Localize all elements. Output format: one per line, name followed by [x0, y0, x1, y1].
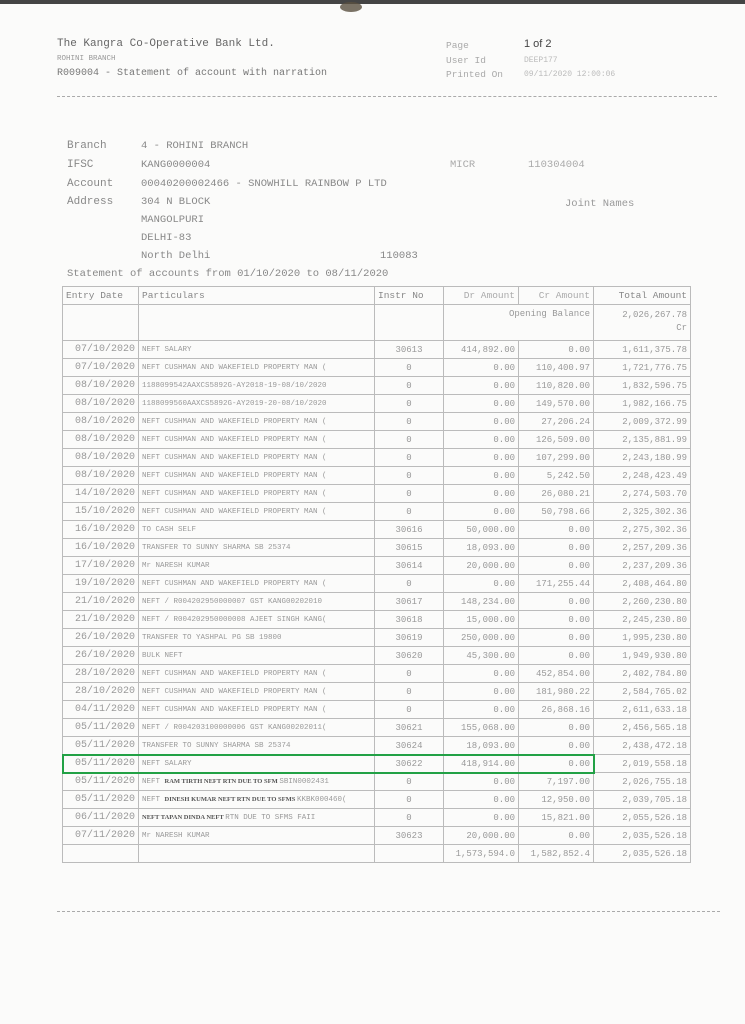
cr-amount: 5,242.50 [519, 467, 594, 485]
dr-amount: 148,234.00 [444, 593, 519, 611]
totals-blank [375, 845, 444, 863]
cr-amount: 0.00 [519, 341, 594, 359]
instr-no: 0 [375, 575, 444, 593]
dr-amount: 0.00 [444, 467, 519, 485]
cr-amount: 452,854.00 [519, 665, 594, 683]
entry-date: 04/11/2020 [63, 701, 139, 719]
table-row: 15/10/2020NEFT CUSHMAN AND WAKEFIELD PRO… [63, 503, 691, 521]
cr-amount: 15,821.00 [519, 809, 594, 827]
col-total-amount: Total Amount [594, 287, 691, 305]
total-amount: 1,995,230.80 [594, 629, 691, 647]
branch-small: ROHINI BRANCH [57, 55, 116, 63]
total-amount: 2,257,209.36 [594, 539, 691, 557]
table-row: 05/11/2020NEFT DINESH KUMAR NEFT RTN DUE… [63, 791, 691, 809]
cr-amount: 0.00 [519, 557, 594, 575]
total-amount: 2,248,423.49 [594, 467, 691, 485]
table-row: 07/10/2020NEFT CUSHMAN AND WAKEFIELD PRO… [63, 359, 691, 377]
table-row: 14/10/2020NEFT CUSHMAN AND WAKEFIELD PRO… [63, 485, 691, 503]
cr-amount: 12,950.00 [519, 791, 594, 809]
total-amount: 2,274,503.70 [594, 485, 691, 503]
table-header-row: Entry Date Particulars Instr No Dr Amoun… [63, 287, 691, 305]
instr-no: 30613 [375, 341, 444, 359]
instr-no: 0 [375, 773, 444, 791]
entry-date: 15/10/2020 [63, 503, 139, 521]
micr-value: 110304004 [528, 159, 585, 171]
dr-amount: 0.00 [444, 377, 519, 395]
instr-no: 0 [375, 683, 444, 701]
entry-date: 14/10/2020 [63, 485, 139, 503]
dr-amount: 0.00 [444, 683, 519, 701]
address-line-1: 304 N BLOCK [141, 196, 210, 208]
cr-amount: 110,400.97 [519, 359, 594, 377]
cr-amount: 0.00 [519, 521, 594, 539]
table-row: 21/10/2020NEFT / R004202950000008 AJEET … [63, 611, 691, 629]
particulars: NEFT CUSHMAN AND WAKEFIELD PROPERTY MAN … [139, 485, 375, 503]
instr-no: 0 [375, 377, 444, 395]
instr-no: 30620 [375, 647, 444, 665]
dr-amount: 0.00 [444, 701, 519, 719]
instr-no: 30616 [375, 521, 444, 539]
table-row: 05/11/2020NEFT / R004203100000006 GST KA… [63, 719, 691, 737]
table-row: 16/10/2020TO CASH SELF3061650,000.000.00… [63, 521, 691, 539]
address-label: Address [67, 196, 113, 208]
particulars: NEFT TAPAN DINDA NEFT RTN DUE TO SFMS FA… [139, 809, 375, 827]
instr-no: 0 [375, 791, 444, 809]
total-amount: 2,237,209.36 [594, 557, 691, 575]
cr-amount: 27,206.24 [519, 413, 594, 431]
instr-no: 30618 [375, 611, 444, 629]
dr-amount: 45,300.00 [444, 647, 519, 665]
particulars: TRANSFER TO SUNNY SHARMA SB 25374 [139, 539, 375, 557]
particulars: Mr NARESH KUMAR [139, 557, 375, 575]
particulars: NEFT CUSHMAN AND WAKEFIELD PROPERTY MAN … [139, 683, 375, 701]
cr-amount: 149,570.00 [519, 395, 594, 413]
report-title: R009004 - Statement of account with narr… [57, 68, 327, 79]
dr-amount: 0.00 [444, 665, 519, 683]
opening-balance-label: Opening Balance [444, 305, 594, 341]
instr-no: 30624 [375, 737, 444, 755]
total-amount: 2,260,230.80 [594, 593, 691, 611]
dr-amount: 0.00 [444, 395, 519, 413]
instr-no: 30619 [375, 629, 444, 647]
table-row: 16/10/2020TRANSFER TO SUNNY SHARMA SB 25… [63, 539, 691, 557]
instr-no: 0 [375, 701, 444, 719]
entry-date: 16/10/2020 [63, 539, 139, 557]
entry-date: 05/11/2020 [63, 737, 139, 755]
total-amount: 1,832,596.75 [594, 377, 691, 395]
printed-on-value: 09/11/2020 12:00:06 [524, 70, 615, 79]
particulars: NEFT CUSHMAN AND WAKEFIELD PROPERTY MAN … [139, 575, 375, 593]
highlight-box [62, 754, 595, 774]
totals-blank [139, 845, 375, 863]
entry-date: 07/11/2020 [63, 827, 139, 845]
dr-amount: 0.00 [444, 809, 519, 827]
dr-amount: 155,068.00 [444, 719, 519, 737]
total-amount: 2,438,472.18 [594, 737, 691, 755]
dr-amount: 0.00 [444, 359, 519, 377]
cr-amount: 26,868.16 [519, 701, 594, 719]
particulars: NEFT CUSHMAN AND WAKEFIELD PROPERTY MAN … [139, 431, 375, 449]
table-row: 07/11/2020Mr NARESH KUMAR3062320,000.000… [63, 827, 691, 845]
cr-amount: 0.00 [519, 539, 594, 557]
table-row: 08/10/2020NEFT CUSHMAN AND WAKEFIELD PRO… [63, 449, 691, 467]
dr-amount: 0.00 [444, 503, 519, 521]
cr-amount: 110,820.00 [519, 377, 594, 395]
entry-date: 21/10/2020 [63, 611, 139, 629]
table-row: 05/11/2020NEFT RAM TIRTH NEFT RTN DUE TO… [63, 773, 691, 791]
cr-amount: 181,980.22 [519, 683, 594, 701]
cr-amount: 0.00 [519, 737, 594, 755]
opening-balance-row: Opening Balance 2,026,267.78Cr [63, 305, 691, 341]
cr-amount: 126,509.00 [519, 431, 594, 449]
opening-balance-value: 2,026,267.78Cr [594, 305, 691, 341]
particulars: NEFT / R004202950000007 GST KANG00202010 [139, 593, 375, 611]
micr-label: MICR [450, 159, 475, 171]
particulars: NEFT SALARY [139, 341, 375, 359]
table-row: 19/10/2020NEFT CUSHMAN AND WAKEFIELD PRO… [63, 575, 691, 593]
col-cr-amount: Cr Amount [519, 287, 594, 305]
total-amount: 1,949,930.80 [594, 647, 691, 665]
dr-amount: 0.00 [444, 791, 519, 809]
page-value: 1 of 2 [524, 38, 552, 50]
entry-date: 08/10/2020 [63, 467, 139, 485]
cr-amount: 0.00 [519, 593, 594, 611]
col-entry-date: Entry Date [63, 287, 139, 305]
address-line-2: MANGOLPURI [141, 214, 204, 226]
instr-no: 0 [375, 413, 444, 431]
statement-table: Entry Date Particulars Instr No Dr Amoun… [62, 286, 691, 863]
particulars: NEFT CUSHMAN AND WAKEFIELD PROPERTY MAN … [139, 665, 375, 683]
instr-no: 30623 [375, 827, 444, 845]
joint-names-label: Joint Names [565, 198, 634, 210]
cr-amount: 0.00 [519, 719, 594, 737]
branch-value: 4 - ROHINI BRANCH [141, 140, 248, 152]
instr-no: 30617 [375, 593, 444, 611]
entry-date: 05/11/2020 [63, 791, 139, 809]
entry-date: 05/11/2020 [63, 773, 139, 791]
particulars: NEFT / R004203100000006 GST KANG00202011… [139, 719, 375, 737]
cr-amount: 0.00 [519, 629, 594, 647]
totals-blank [63, 845, 139, 863]
user-id-value: DEEP177 [524, 56, 558, 65]
table-row: 08/10/20201188099542AAXCS5892G-AY2018-19… [63, 377, 691, 395]
total-amount: 2,456,565.18 [594, 719, 691, 737]
entry-date: 16/10/2020 [63, 521, 139, 539]
table-row: 04/11/2020NEFT CUSHMAN AND WAKEFIELD PRO… [63, 701, 691, 719]
pincode: 110083 [380, 250, 418, 262]
instr-no: 0 [375, 395, 444, 413]
total-cr: 1,582,852.4 [519, 845, 594, 863]
dr-amount: 20,000.00 [444, 557, 519, 575]
total-amount: 2,325,302.36 [594, 503, 691, 521]
dr-amount: 0.00 [444, 773, 519, 791]
table-row: 17/10/2020Mr NARESH KUMAR3061420,000.000… [63, 557, 691, 575]
entry-date: 07/10/2020 [63, 359, 139, 377]
particulars: NEFT CUSHMAN AND WAKEFIELD PROPERTY MAN … [139, 503, 375, 521]
total-amount: 2,611,633.18 [594, 701, 691, 719]
instr-no: 0 [375, 485, 444, 503]
dr-amount: 414,892.00 [444, 341, 519, 359]
entry-date: 05/11/2020 [63, 719, 139, 737]
table-row: 06/11/2020NEFT TAPAN DINDA NEFT RTN DUE … [63, 809, 691, 827]
dr-amount: 20,000.00 [444, 827, 519, 845]
total-amount: 2,039,705.18 [594, 791, 691, 809]
entry-date: 17/10/2020 [63, 557, 139, 575]
total-amount: 2,009,372.99 [594, 413, 691, 431]
cr-amount: 0.00 [519, 611, 594, 629]
total-amount: 1,721,776.75 [594, 359, 691, 377]
scan-top-edge [0, 0, 745, 4]
particulars: 1188099560AAXCS5892G-AY2019-20-08/10/202… [139, 395, 375, 413]
particulars: NEFT DINESH KUMAR NEFT RTN DUE TO SFMS K… [139, 791, 375, 809]
account-label: Account [67, 178, 113, 190]
particulars: NEFT RAM TIRTH NEFT RTN DUE TO SFM SBIN0… [139, 773, 375, 791]
total-amount: 2,019,558.18 [594, 755, 691, 773]
entry-date: 26/10/2020 [63, 647, 139, 665]
address-line-4: North Delhi [141, 250, 210, 262]
table-row: 08/10/2020NEFT CUSHMAN AND WAKEFIELD PRO… [63, 467, 691, 485]
instr-no: 0 [375, 467, 444, 485]
account-value: 00040200002466 - SNOWHILL RAINBOW P LTD [141, 178, 387, 190]
entry-date: 21/10/2020 [63, 593, 139, 611]
bank-name: The Kangra Co-Operative Bank Ltd. [57, 38, 275, 50]
total-amount: 2,135,881.99 [594, 431, 691, 449]
particulars: Mr NARESH KUMAR [139, 827, 375, 845]
instr-no: 0 [375, 359, 444, 377]
total-amount: 2,026,755.18 [594, 773, 691, 791]
entry-date: 07/10/2020 [63, 341, 139, 359]
dr-amount: 18,093.00 [444, 737, 519, 755]
col-particulars: Particulars [139, 287, 375, 305]
table-row: 08/10/2020NEFT CUSHMAN AND WAKEFIELD PRO… [63, 413, 691, 431]
cr-amount: 171,255.44 [519, 575, 594, 593]
total-amount: 1,982,166.75 [594, 395, 691, 413]
particulars: TO CASH SELF [139, 521, 375, 539]
total-amount: 2,275,302.36 [594, 521, 691, 539]
table-row: 05/11/2020TRANSFER TO SUNNY SHARMA SB 25… [63, 737, 691, 755]
statement-period: Statement of accounts from 01/10/2020 to… [67, 268, 388, 280]
table-row: 26/10/2020TRANSFER TO YASHPAL PG SB 1980… [63, 629, 691, 647]
page-label: Page [446, 40, 469, 51]
branch-label: Branch [67, 140, 107, 152]
total-amount: 2,035,526.18 [594, 827, 691, 845]
entry-date: 08/10/2020 [63, 395, 139, 413]
total-amount: 2,243,180.99 [594, 449, 691, 467]
entry-date: 08/10/2020 [63, 377, 139, 395]
total-amount: 2,055,526.18 [594, 809, 691, 827]
particulars: NEFT CUSHMAN AND WAKEFIELD PROPERTY MAN … [139, 701, 375, 719]
col-instr-no: Instr No [375, 287, 444, 305]
instr-no: 0 [375, 503, 444, 521]
table-row: 21/10/2020NEFT / R004202950000007 GST KA… [63, 593, 691, 611]
cr-amount: 50,798.66 [519, 503, 594, 521]
printed-on-label: Printed On [446, 69, 503, 80]
instr-no: 0 [375, 809, 444, 827]
total-amount: 2,245,230.80 [594, 611, 691, 629]
table-row: 26/10/2020BULK NEFT3062045,300.000.001,9… [63, 647, 691, 665]
instr-no: 30621 [375, 719, 444, 737]
entry-date: 08/10/2020 [63, 449, 139, 467]
footer-divider [57, 911, 720, 912]
entry-date: 28/10/2020 [63, 665, 139, 683]
entry-date: 08/10/2020 [63, 413, 139, 431]
scan-smudge [340, 2, 362, 12]
particulars: NEFT CUSHMAN AND WAKEFIELD PROPERTY MAN … [139, 359, 375, 377]
instr-no: 30614 [375, 557, 444, 575]
entry-date: 19/10/2020 [63, 575, 139, 593]
dr-amount: 0.00 [444, 575, 519, 593]
col-dr-amount: Dr Amount [444, 287, 519, 305]
table-row: 28/10/2020NEFT CUSHMAN AND WAKEFIELD PRO… [63, 665, 691, 683]
particulars: BULK NEFT [139, 647, 375, 665]
cr-amount: 0.00 [519, 647, 594, 665]
cr-amount: 0.00 [519, 827, 594, 845]
dr-amount: 250,000.00 [444, 629, 519, 647]
dr-amount: 50,000.00 [444, 521, 519, 539]
instr-no: 0 [375, 665, 444, 683]
particulars: TRANSFER TO SUNNY SHARMA SB 25374 [139, 737, 375, 755]
entry-date: 26/10/2020 [63, 629, 139, 647]
dr-amount: 18,093.00 [444, 539, 519, 557]
table-row: 28/10/2020NEFT CUSHMAN AND WAKEFIELD PRO… [63, 683, 691, 701]
dr-amount: 0.00 [444, 413, 519, 431]
total-dr: 1,573,594.0 [444, 845, 519, 863]
dr-amount: 0.00 [444, 431, 519, 449]
total-amount: 2,402,784.80 [594, 665, 691, 683]
instr-no: 30615 [375, 539, 444, 557]
table-row: 08/10/20201188099560AAXCS5892G-AY2019-20… [63, 395, 691, 413]
particulars: TRANSFER TO YASHPAL PG SB 19800 [139, 629, 375, 647]
user-id-label: User Id [446, 55, 486, 66]
dr-amount: 0.00 [444, 485, 519, 503]
particulars: NEFT CUSHMAN AND WAKEFIELD PROPERTY MAN … [139, 413, 375, 431]
address-line-3: DELHI-83 [141, 232, 191, 244]
instr-no: 0 [375, 449, 444, 467]
cr-amount: 7,197.00 [519, 773, 594, 791]
total-amount: 2,408,464.80 [594, 575, 691, 593]
cr-amount: 107,299.00 [519, 449, 594, 467]
header-divider [57, 96, 717, 97]
table-row: 08/10/2020NEFT CUSHMAN AND WAKEFIELD PRO… [63, 431, 691, 449]
particulars: NEFT CUSHMAN AND WAKEFIELD PROPERTY MAN … [139, 449, 375, 467]
entry-date: 28/10/2020 [63, 683, 139, 701]
closing-total: 2,035,526.18 [594, 845, 691, 863]
particulars: 1188099542AAXCS5892G-AY2018-19-08/10/202… [139, 377, 375, 395]
dr-amount: 0.00 [444, 449, 519, 467]
table-row: 07/10/2020NEFT SALARY30613414,892.000.00… [63, 341, 691, 359]
totals-row: 1,573,594.01,582,852.42,035,526.18 [63, 845, 691, 863]
entry-date: 06/11/2020 [63, 809, 139, 827]
ifsc-label: IFSC [67, 159, 93, 171]
particulars: NEFT CUSHMAN AND WAKEFIELD PROPERTY MAN … [139, 467, 375, 485]
entry-date: 08/10/2020 [63, 431, 139, 449]
ifsc-value: KANG0000004 [141, 159, 210, 171]
particulars: NEFT / R004202950000008 AJEET SINGH KANG… [139, 611, 375, 629]
dr-amount: 15,000.00 [444, 611, 519, 629]
total-amount: 1,611,375.78 [594, 341, 691, 359]
cr-amount: 26,080.21 [519, 485, 594, 503]
total-amount: 2,584,765.02 [594, 683, 691, 701]
instr-no: 0 [375, 431, 444, 449]
